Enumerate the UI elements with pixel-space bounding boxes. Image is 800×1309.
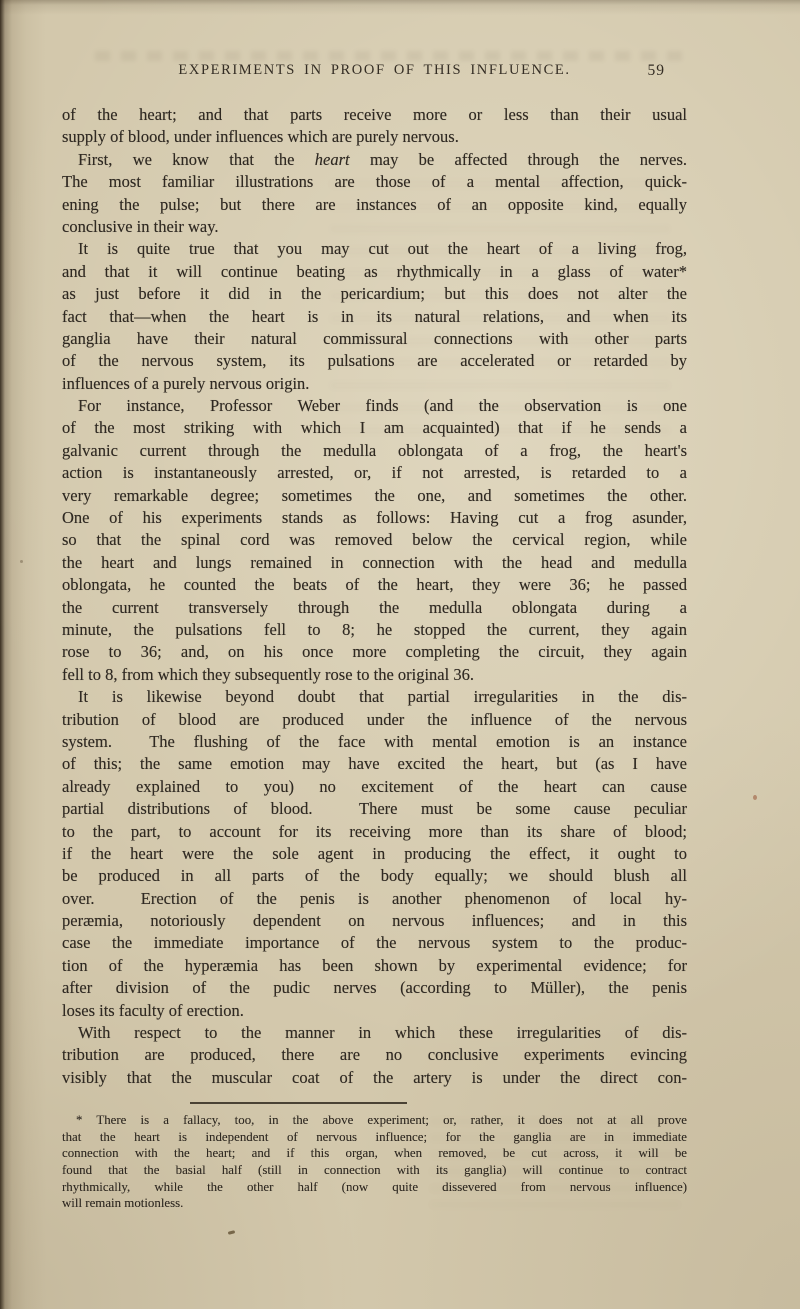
book-page: EXPERIMENTS IN PROOF OF THIS INFLUENCE. …	[0, 0, 800, 1309]
text-line: First, we know that the heart may be aff…	[62, 149, 687, 171]
text-line: oblongata, he counted the beats of the h…	[62, 574, 687, 596]
text-segment: may be affected through the nerves.	[350, 150, 687, 169]
text-line: very remarkable degree; sometimes the on…	[62, 485, 687, 507]
text-line: minute, the pulsations fell to 8; he sto…	[62, 619, 687, 641]
text-line: and that it will continue beating as rhy…	[62, 261, 687, 283]
footnote-line: that the heart is independent of nervous…	[62, 1129, 687, 1146]
text-line: if the heart were the sole agent in prod…	[62, 843, 687, 865]
footnote-line: connection with the heart; and if this o…	[62, 1145, 687, 1162]
page-number: 59	[648, 62, 666, 80]
text-line: fell to 8, from which they subsequently …	[62, 664, 687, 686]
text-line: the current transversely through the med…	[62, 597, 687, 619]
text-line: loses its faculty of erection.	[62, 1000, 687, 1022]
text-line: already explained to you) no excitement …	[62, 776, 687, 798]
text-line: rose to 36; and, on his once more comple…	[62, 641, 687, 663]
ink-speck	[228, 1230, 236, 1235]
page-header: EXPERIMENTS IN PROOF OF THIS INFLUENCE. …	[62, 62, 687, 86]
text-line: With respect to the manner in which thes…	[62, 1022, 687, 1044]
text-line: conclusive in their way.	[62, 216, 687, 238]
text-line: tribution are produced, there are no con…	[62, 1044, 687, 1066]
text-line: ganglia have their natural commissural c…	[62, 328, 687, 350]
text-line: supply of blood, under influences which …	[62, 126, 687, 148]
text-line: system. The flushing of the face with me…	[62, 731, 687, 753]
text-line: the heart and lungs remained in connecti…	[62, 552, 687, 574]
footnote-line: found that the basial half (still in con…	[62, 1162, 687, 1179]
text-line: galvanic current through the medulla obl…	[62, 440, 687, 462]
text-line: fact that—when the heart is in its natur…	[62, 306, 687, 328]
text-line: visibly that the muscular coat of the ar…	[62, 1067, 687, 1089]
text-line: after division of the pudic nerves (acco…	[62, 977, 687, 999]
text-line: so that the spinal cord was removed belo…	[62, 529, 687, 551]
text-segment: First, we know that the	[78, 150, 315, 169]
text-line: of the nervous system, its pulsations ar…	[62, 350, 687, 372]
text-line: ening the pulse; but there are instances…	[62, 194, 687, 216]
text-line: over. Erection of the penis is another p…	[62, 888, 687, 910]
text-line: One of his experiments stands as follows…	[62, 507, 687, 529]
text-line: tribution of blood are produced under th…	[62, 709, 687, 731]
running-title: EXPERIMENTS IN PROOF OF THIS INFLUENCE.	[62, 62, 687, 79]
ink-speck	[20, 560, 23, 563]
text-line: tion of the hyperæmia has been shown by …	[62, 955, 687, 977]
footnote-line: rhythmically, while the other half (now …	[62, 1179, 687, 1196]
text-line: as just before it did in the pericardium…	[62, 283, 687, 305]
text-line: For instance, Professor Weber finds (and…	[62, 395, 687, 417]
text-line: The most familiar illustrations are thos…	[62, 171, 687, 193]
text-line: of this; the same emotion may have excit…	[62, 753, 687, 775]
show-through	[95, 51, 685, 61]
ink-speck	[753, 795, 757, 800]
text-line: peræmia, notoriously dependent on nervou…	[62, 910, 687, 932]
text-line: of the most striking with which I am acq…	[62, 417, 687, 439]
text-line: of the heart; and that parts receive mor…	[62, 104, 687, 126]
text-line: case the immediate importance of the ner…	[62, 932, 687, 954]
footnote-line: will remain motionless.	[62, 1195, 687, 1212]
text-line: It is likewise beyond doubt that partial…	[62, 686, 687, 708]
text-line: to the part, to account for its receivin…	[62, 821, 687, 843]
footnote-separator	[190, 1102, 407, 1104]
text-line: be produced in all parts of the body equ…	[62, 865, 687, 887]
text-line: partial distributions of blood. There mu…	[62, 798, 687, 820]
footnote: * There is a fallacy, too, in the above …	[62, 1112, 687, 1212]
italic-term: heart	[315, 150, 350, 169]
footnote-line: * There is a fallacy, too, in the above …	[62, 1112, 687, 1129]
body-text: of the heart; and that parts receive mor…	[62, 104, 687, 1089]
text-line: influences of a purely nervous origin.	[62, 373, 687, 395]
text-line: action is instantaneously arrested, or, …	[62, 462, 687, 484]
text-line: It is quite true that you may cut out th…	[62, 238, 687, 260]
